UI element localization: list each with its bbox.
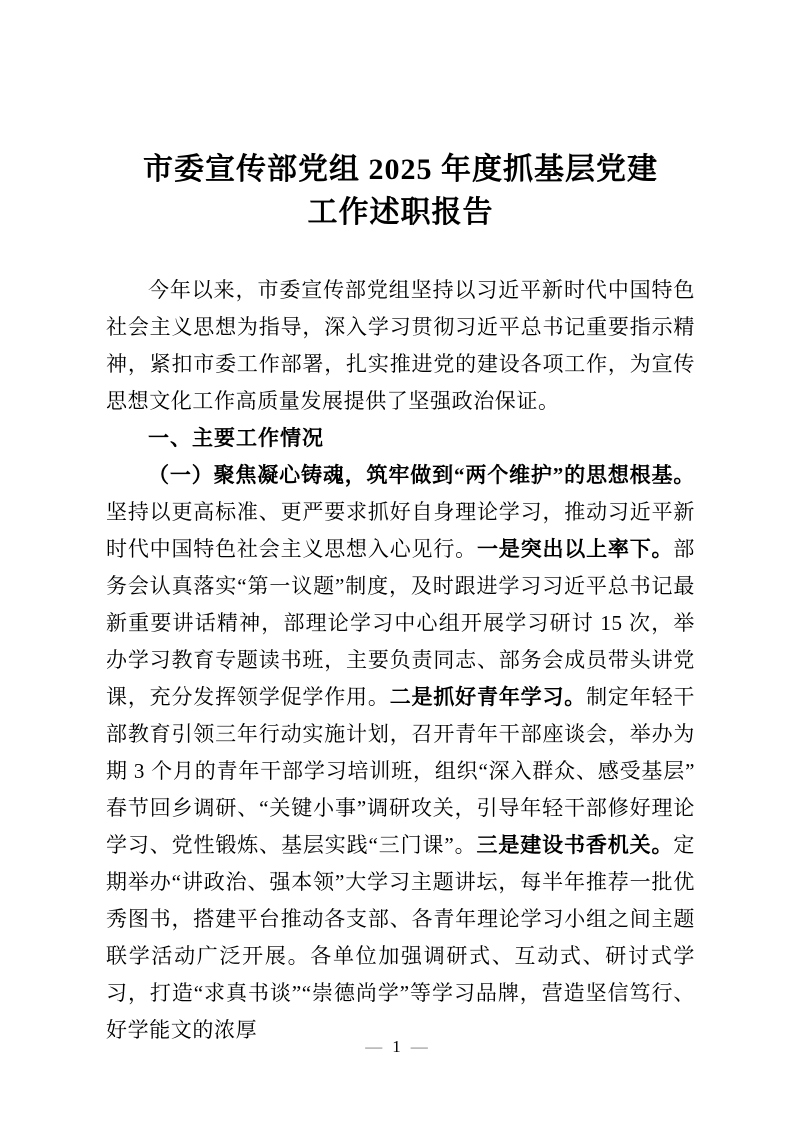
document-page: 市委宣传部党组 2025 年度抓基层党建工作述职报告 今年以来，市委宣传部党组坚… [0, 0, 793, 1122]
document-body: 今年以来，市委宣传部党组坚持以习近平新时代中国特色社会主义思想为指导，深入学习贯… [106, 272, 695, 1049]
document-title: 市委宣传部党组 2025 年度抓基层党建工作述职报告 [128, 148, 673, 234]
section-heading: 一、主要工作情况 [106, 420, 695, 457]
paragraph: （一）聚焦凝心铸魂，筑牢做到“两个维护”的思想根基。坚持以更高标准、更严要求抓好… [106, 457, 695, 1049]
text-run: 部务会认真落实“第一议题”制度，及时跟进学习习近平总书记最新重要讲话精神，部理论… [106, 537, 695, 709]
footer-dash-left: — [365, 1037, 382, 1056]
text-run: 今年以来，市委宣传部党组坚持以习近平新时代中国特色社会主义思想为指导，深入学习贯… [106, 278, 695, 413]
bold-text-run: 一是突出以上率下。 [477, 537, 673, 561]
page-footer: —1— [0, 1036, 793, 1058]
text-run: 定期举办“讲政治、强本领”大学习主题讲坛，每半年推荐一批优秀图书，搭建平台推动各… [106, 833, 695, 1042]
bold-text-run: 一、主要工作情况 [148, 427, 324, 450]
bold-text-run: （一）聚焦凝心铸魂，筑牢做到“两个维护”的思想根基。 [148, 463, 695, 487]
footer-page-number: 1 [392, 1037, 401, 1056]
bold-text-run: 三是建设书香机关。 [476, 833, 673, 857]
footer-dash-right: — [411, 1037, 428, 1056]
paragraph: 今年以来，市委宣传部党组坚持以习近平新时代中国特色社会主义思想为指导，深入学习贯… [106, 272, 695, 420]
bold-text-run: 二是抓好青年学习。 [390, 685, 586, 709]
document-content: 市委宣传部党组 2025 年度抓基层党建工作述职报告 今年以来，市委宣传部党组坚… [106, 148, 695, 1049]
text-run: 制定年轻干部教育引领三年行动实施计划，召开青年干部座谈会，举办为期 3 个月的青… [106, 685, 695, 857]
